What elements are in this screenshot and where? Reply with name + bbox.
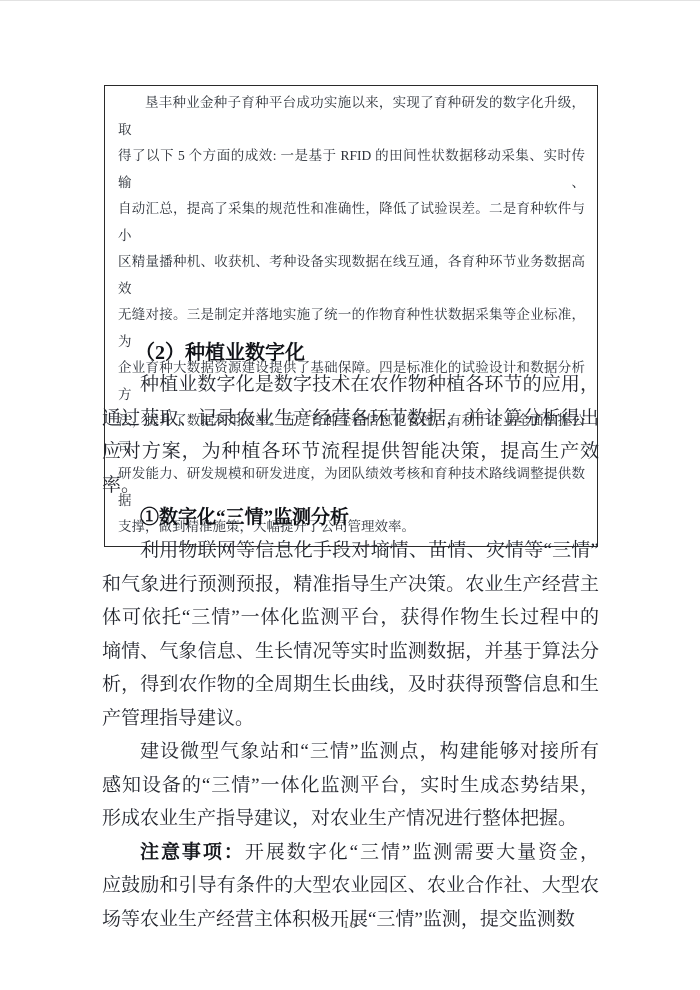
subsection-heading: ①数字化“三情”监测分析 [102, 502, 599, 534]
section-heading: （2）种植业数字化 [102, 338, 599, 368]
text-line: 区精量播种机、收获机、考种设备实现数据在线互通，各育种环节业务数据高效 [118, 249, 585, 302]
text-line: 产管理指导建议。 [102, 702, 599, 736]
text-line: 感知设备的“三情”一体化监测平台，实时生成态势结果， [102, 769, 599, 803]
text-line: 自动汇总，提高了采集的规范性和准确性，降低了试验误差。二是育种软件与小 [118, 196, 585, 249]
text-line: 得了以下 5 个方面的成效: 一是基于 RFID 的田间性状数据移动采集、实时传… [118, 143, 585, 196]
text-line: 应对方案，为种植各环节流程提供智能决策，提高生产效率。 [102, 435, 599, 502]
monitoring-paragraph: 利用物联网等信息化手段对墒情、苗情、灾情等“三情” 和气象进行预测预报，精准指导… [102, 534, 599, 735]
intro-paragraph: 种植业数字化是数字技术在农作物种植各环节的应用， 通过获取、记录农业生产经营各环… [102, 368, 599, 502]
text-line: 析，得到农作物的全周期生长曲线，及时获得预警信息和生 [102, 668, 599, 702]
notes-lead-label: 注意事项： [140, 842, 245, 863]
text-line: 注意事项：开展数字化“三情”监测需要大量资金， [102, 836, 599, 870]
notes-line-rest: 开展数字化“三情”监测需要大量资金， [245, 842, 599, 863]
text-line: 垦丰种业金种子育种平台成功实施以来，实现了育种研发的数字化升级，取 [118, 90, 585, 143]
document-body: （2）种植业数字化 种植业数字化是数字技术在农作物种植各环节的应用， 通过获取、… [102, 338, 599, 936]
text-line: 体可依托“三情”一体化监测平台，获得作物生长过程中的 [102, 601, 599, 635]
text-line: 形成农业生产指导建议，对农业生产情况进行整体把握。 [102, 802, 599, 836]
text-line: 通过获取、记录农业生产经营各环节数据，并计算分析得出 [102, 402, 599, 436]
text-line: 和气象进行预测预报，精准指导生产决策。农业生产经营主 [102, 568, 599, 602]
text-line: 建设微型气象站和“三情”监测点，构建能够对接所有 [102, 735, 599, 769]
text-line: 种植业数字化是数字技术在农作物种植各环节的应用， [102, 368, 599, 402]
weather-station-paragraph: 建设微型气象站和“三情”监测点，构建能够对接所有 感知设备的“三情”一体化监测平… [102, 735, 599, 836]
document-page: 垦丰种业金种子育种平台成功实施以来，实现了育种研发的数字化升级，取 得了以下 5… [0, 0, 700, 990]
text-line: 利用物联网等信息化手段对墒情、苗情、灾情等“三情” [102, 534, 599, 568]
text-line: 墒情、气象信息、生长情况等实时监测数据，并基于算法分 [102, 635, 599, 669]
page-number: 16 [0, 917, 700, 932]
text-line: 应鼓励和引导有条件的大型农业园区、农业合作社、大型农 [102, 869, 599, 903]
